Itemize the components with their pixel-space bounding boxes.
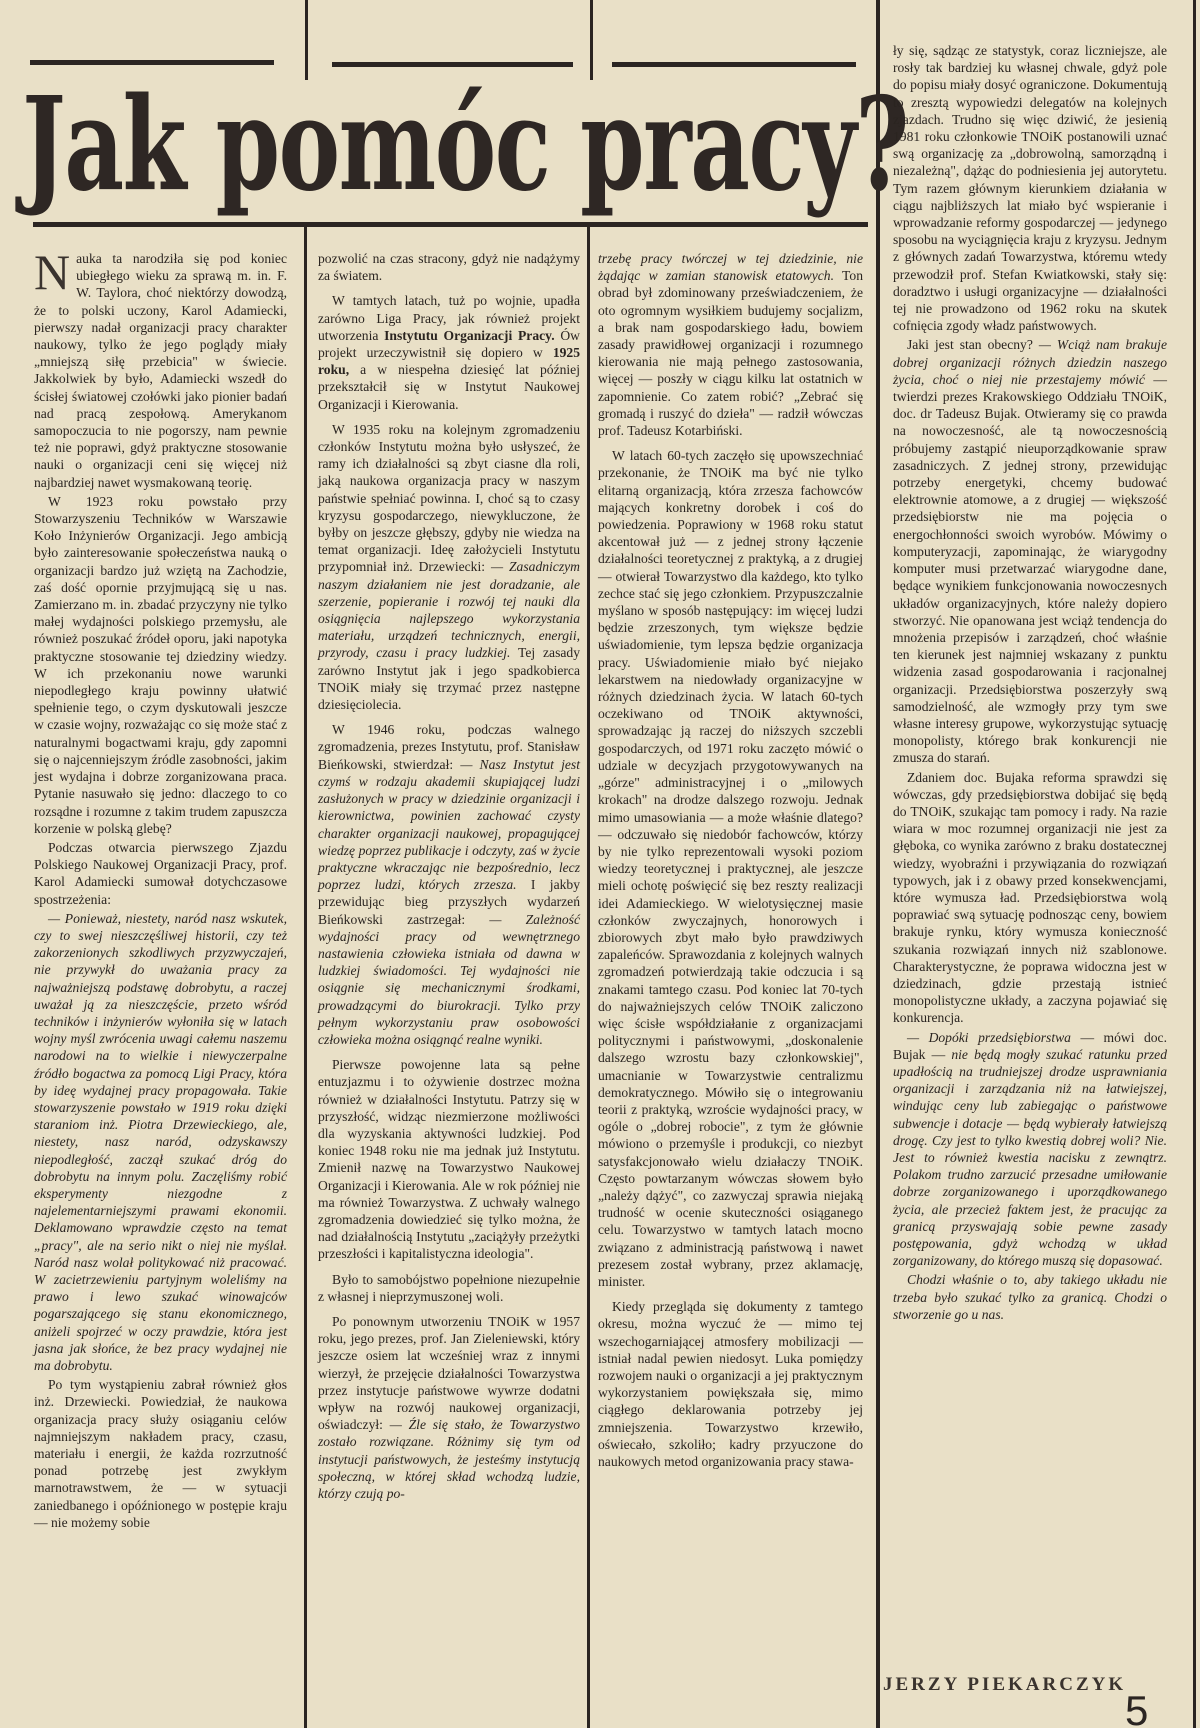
paragraph: Było to samobójstwo popełnione niezupełn… [318, 1271, 580, 1305]
title-top-rule-2 [332, 62, 573, 67]
column-divider-1 [304, 227, 307, 1728]
paragraph: Nauka ta narodziła się pod koniec ubiegł… [34, 250, 287, 491]
paragraph: ły się, sądząc ze statystyk, coraz liczn… [893, 42, 1167, 334]
top-divider-2 [590, 0, 593, 80]
title-bottom-rule [33, 222, 868, 227]
article-column-2: pozwolić na czas stracony, gdyż nie nadą… [318, 250, 580, 1504]
drop-cap: N [34, 250, 76, 292]
paragraph: Pierwsze powojenne lata są pełne entuzja… [318, 1056, 580, 1262]
author-byline: JERZY PIEKARCZYK [883, 1674, 1163, 1696]
paragraph: W 1946 roku, podczas walnego zgromadzeni… [318, 721, 580, 1048]
paragraph: W tamtych latach, tuż po wojnie, upadła … [318, 292, 580, 412]
article-column-3: trzebę pracy twórczej w tej dziedzinie, … [598, 250, 863, 1472]
paragraph: — Dopóki przedsiębiorstwa — mówi doc. Bu… [893, 1029, 1167, 1270]
article-title: Jak pomóc pracy? [173, 70, 756, 220]
column-divider-3 [876, 0, 880, 1728]
article-column-1: Nauka ta narodziła się pod koniec ubiegł… [34, 250, 287, 1533]
paragraph: Kiedy przegląda się dokumenty z tamtego … [598, 1298, 863, 1470]
paragraph: Po ponownym utworzeniu TNOiK w 1957 roku… [318, 1313, 580, 1502]
paragraph: Jaki jest stan obecny? — Wciąż nam braku… [893, 336, 1167, 766]
title-top-rule-1 [30, 60, 274, 65]
paragraph: Zdaniem doc. Bujaka reforma sprawdzi się… [893, 769, 1167, 1027]
paragraph: Podczas otwarcia pierwszego Zjazdu Polsk… [34, 839, 287, 908]
right-edge-rule [1193, 0, 1196, 1728]
quote-paragraph: — Ponieważ, niestety, naród nasz wskutek… [34, 910, 287, 1374]
column-divider-2 [587, 227, 590, 1728]
title-top-rule-3 [612, 62, 856, 67]
paragraph: Po tym wystąpieniu zabrał również głos i… [34, 1376, 287, 1531]
paragraph: W latach 60-tych zaczęło się upowszechni… [598, 447, 863, 1290]
closing-paragraph: Chodzi właśnie o to, aby takiego układu … [893, 1271, 1167, 1323]
article-column-4: ły się, sądząc ze statystyk, coraz liczn… [893, 42, 1167, 1325]
paragraph: trzebę pracy twórczej w tej dziedzinie, … [598, 250, 863, 439]
paragraph: W 1923 roku powstało przy Stowarzyszeniu… [34, 493, 287, 837]
paragraph: pozwolić na czas stracony, gdyż nie nadą… [318, 250, 580, 284]
paragraph: W 1935 roku na kolejnym zgromadzeniu czł… [318, 421, 580, 713]
page-number: 5 [1125, 1690, 1148, 1728]
top-divider-1 [305, 0, 308, 80]
